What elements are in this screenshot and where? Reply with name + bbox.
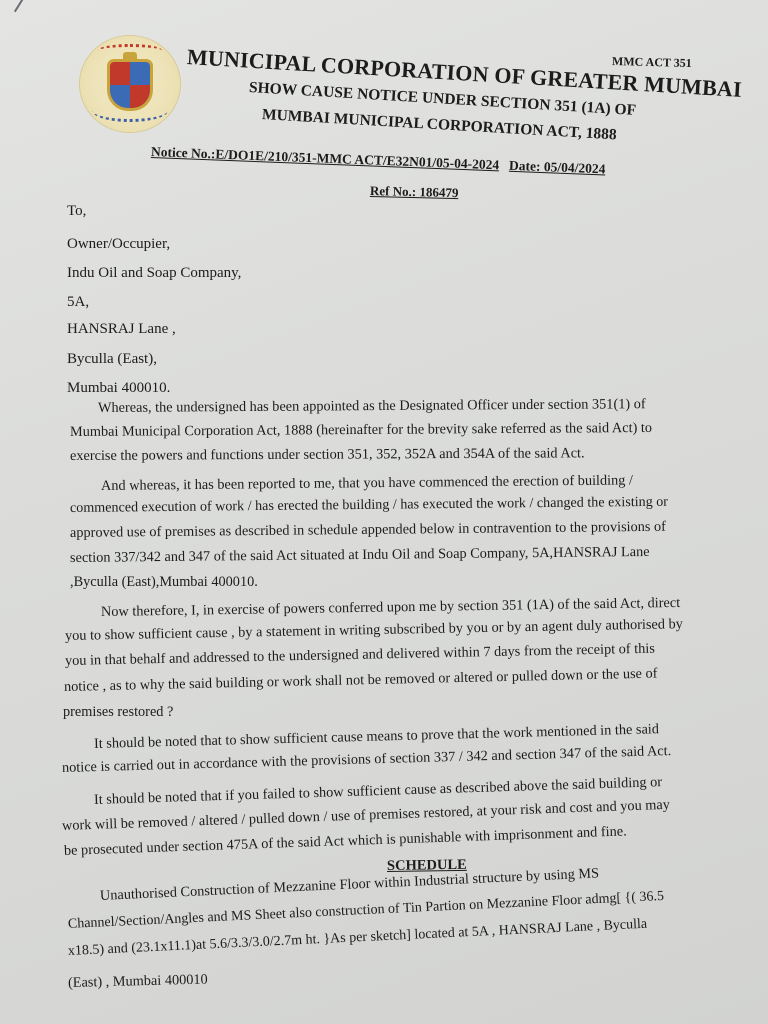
address-line: 5A,	[67, 294, 89, 311]
address-line: Indu Oil and Soap Company,	[67, 265, 241, 282]
schedule-line: (East) , Mumbai 400010	[68, 972, 208, 992]
paragraph-line: commenced execution of work / has erecte…	[70, 494, 668, 517]
paragraph-line: premises restored ?	[63, 704, 173, 721]
municipal-emblem-logo	[80, 36, 180, 132]
paragraph-line: Whereas, the undersigned has been appoin…	[98, 396, 646, 417]
address-line: Byculla (East),	[67, 351, 157, 368]
notice-number: Notice No.:E/DO1E/210/351-MMC ACT/E32N01…	[151, 144, 500, 172]
paragraph-line: you to show sufficient cause , by a stat…	[65, 616, 683, 645]
paragraph-line: section 337/342 and 347 of the said Act …	[70, 544, 650, 567]
address-line: HANSRAJ Lane ,	[67, 321, 176, 338]
act-label: MMC ACT 351	[612, 54, 692, 71]
paper-edge	[0, 0, 47, 12]
notice-date: Date: 05/04/2024	[509, 158, 606, 177]
address-line: Owner/Occupier,	[67, 236, 170, 253]
paragraph-line: notice , as to why the said building or …	[64, 666, 658, 696]
emblem-english-text	[92, 99, 168, 122]
paragraph-line: approved use of premises as described in…	[70, 519, 666, 542]
paragraph-line: ,Byculla (East),Mumbai 400010.	[70, 574, 258, 591]
paragraph-line: And whereas, it has been reported to me,…	[101, 472, 633, 495]
notice-number-row: Notice No.:E/DO1E/210/351-MMC ACT/E32N01…	[151, 144, 606, 177]
paragraph-line: exercise the powers and functions under …	[70, 445, 585, 465]
emblem-crown-icon	[123, 52, 137, 62]
paragraph-line: Mumbai Municipal Corporation Act, 1888 (…	[70, 420, 652, 441]
notice-document: MMC ACT 351 MUNICIPAL CORPORATION OF GRE…	[0, 0, 768, 1024]
address-line: Mumbai 400010.	[67, 380, 170, 397]
paragraph-line: you in that behalf and addressed to the …	[65, 641, 655, 670]
salutation: To,	[67, 203, 86, 220]
reference-number: Ref No.: 186479	[370, 183, 459, 201]
